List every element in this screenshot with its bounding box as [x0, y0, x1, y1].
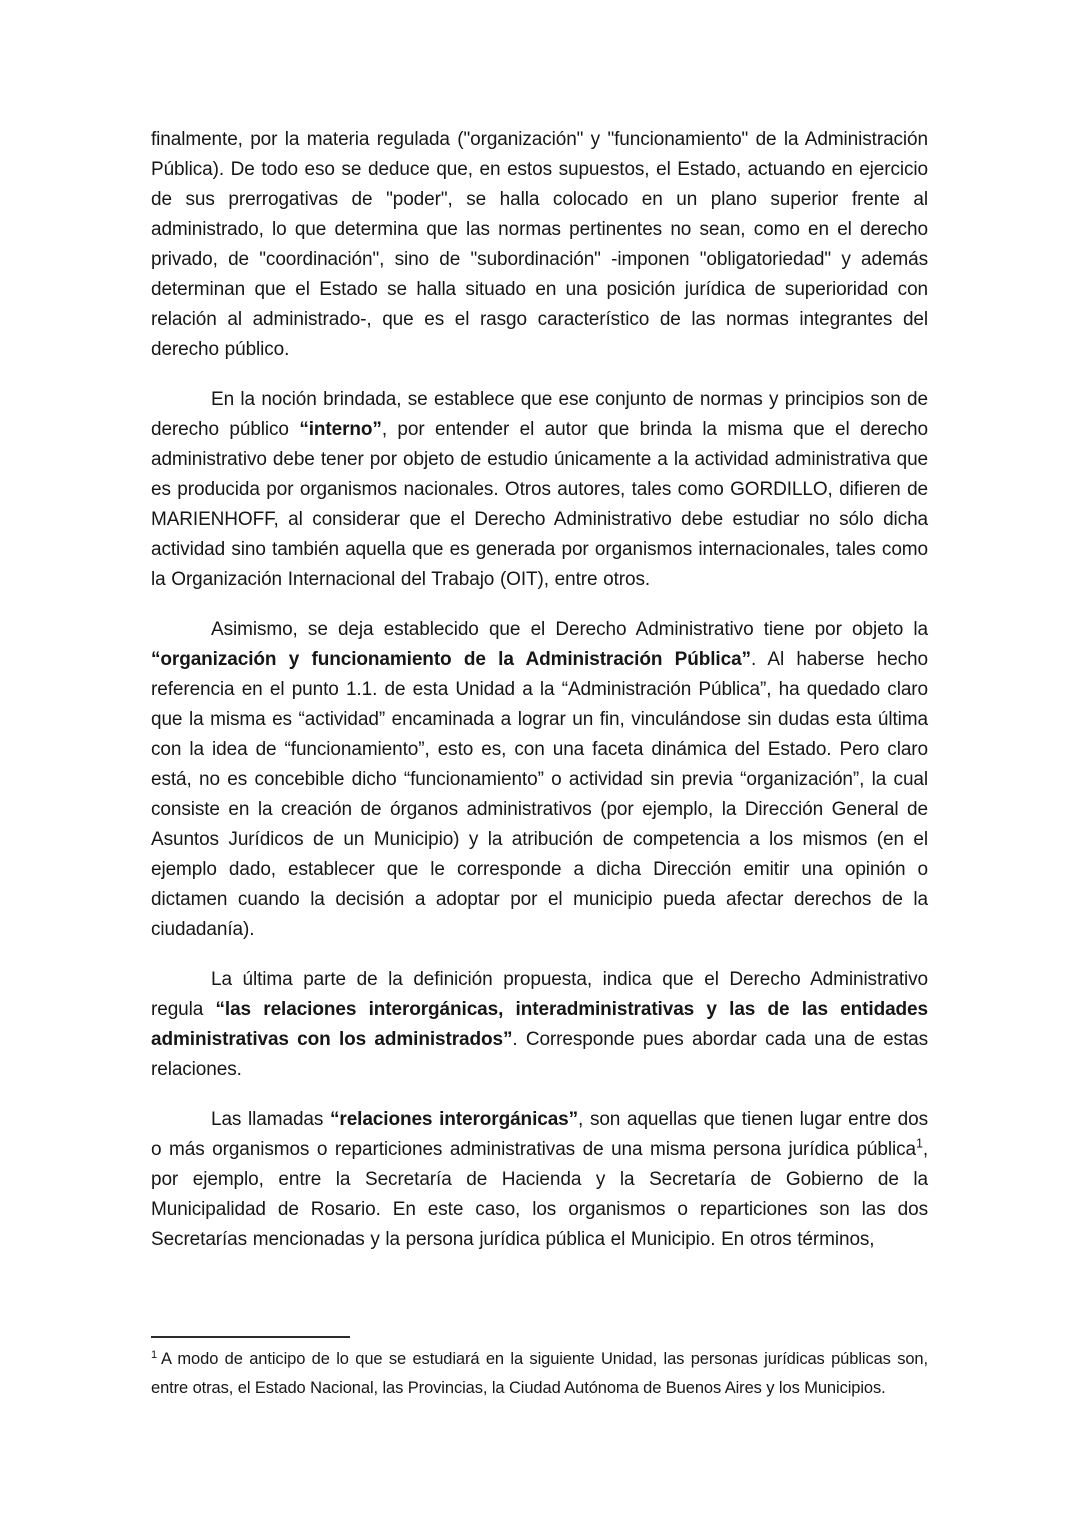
paragraph: Las llamadas “relaciones interorgánicas”…: [151, 1105, 928, 1255]
paragraph: La última parte de la definición propues…: [151, 965, 928, 1085]
footnote-marker: 1: [151, 1349, 157, 1361]
footnote-separator-line: [151, 1336, 350, 1338]
footnote-area: 1A modo de anticipo de lo que se estudia…: [151, 1336, 928, 1403]
footnote-text: A modo de anticipo de lo que se estudiar…: [151, 1350, 928, 1397]
text-segment: , por entender el autor que brinda la mi…: [151, 419, 928, 590]
bold-text-segment: “interno”: [299, 419, 382, 440]
text-segment: Asimismo, se deja establecido que el Der…: [211, 619, 928, 640]
text-segment: . Al haberse hecho referencia en el punt…: [151, 649, 928, 940]
document-paragraphs: finalmente, por la materia regulada ("or…: [151, 125, 928, 1255]
paragraph: Asimismo, se deja establecido que el Der…: [151, 615, 928, 945]
paragraph: finalmente, por la materia regulada ("or…: [151, 125, 928, 365]
footnote: 1A modo de anticipo de lo que se estudia…: [151, 1345, 928, 1403]
footnote-reference: 1: [916, 1137, 923, 1151]
paragraph: En la noción brindada, se establece que …: [151, 385, 928, 595]
bold-text-segment: “relaciones interorgánicas”: [330, 1109, 578, 1130]
document-body: finalmente, por la materia regulada ("or…: [151, 125, 928, 1275]
text-segment: finalmente, por la materia regulada ("or…: [151, 129, 928, 360]
document-page: finalmente, por la materia regulada ("or…: [0, 0, 1080, 1528]
text-segment: Las llamadas: [211, 1109, 330, 1130]
bold-text-segment: “organización y funcionamiento de la Adm…: [151, 649, 751, 670]
